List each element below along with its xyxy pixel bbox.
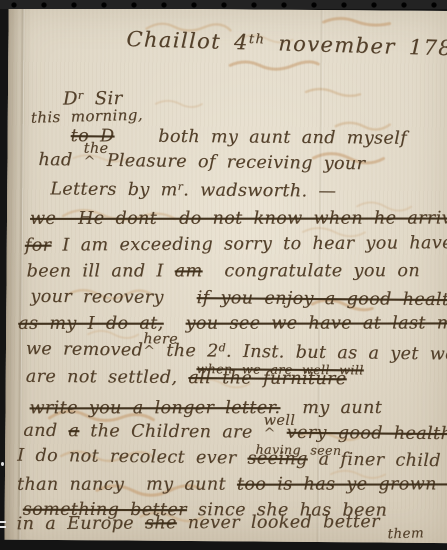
manuscript-line: been ill and I am congratulate you on [27, 261, 420, 281]
caret-insertion: ^here [143, 341, 155, 361]
manuscript-line: are not settled, when we are well willal… [26, 367, 347, 390]
struck-text: very good health [287, 423, 447, 444]
text-segment: never looked better [177, 512, 380, 533]
struck-text: too is has ye grown bette [237, 474, 447, 494]
text-segment: this morning, [31, 106, 144, 127]
struck-text: write you a longer letter. [30, 398, 281, 418]
inserted-word: well [264, 413, 296, 429]
struck-text: if you enjoy a good health [197, 288, 447, 310]
manuscript-line: and a the Children are ^well very good h… [23, 421, 447, 444]
interlinear-word: when we are well will [196, 362, 363, 378]
text-segment: had [38, 150, 83, 171]
text-segment: my aunt [280, 398, 382, 418]
manuscript-line: we He dont do not know when he arrived — [30, 208, 447, 228]
text-segment: Letters by m [50, 179, 178, 200]
letter-paper: Chaillot 4th november 1783 Dr Sir them t… [4, 8, 447, 543]
catchword: them [387, 525, 424, 542]
text-segment: Pleasure of receiving your [96, 151, 366, 175]
struck-text: as my I do at, [18, 314, 163, 334]
text-segment: and [23, 421, 68, 441]
manuscript-line: we removed^here the 2d. Inst. but as a y… [26, 339, 447, 365]
film-edge-equals-mark [0, 521, 6, 530]
photo-frame: Chaillot 4th november 1783 Dr Sir them t… [0, 0, 447, 550]
struck-text: she [145, 513, 177, 533]
dateline-ordinal: th [249, 32, 266, 47]
interlinear-word: having seen [255, 442, 341, 458]
interlinear-edit: having seenseeing [247, 449, 307, 470]
manuscript-line: as my I do at, you see we have at last m… [18, 313, 447, 333]
text-segment: both my aunt and myself [114, 126, 407, 148]
text-segment: congratulate you on [202, 261, 420, 281]
manuscript-line: your recovery if you enjoy a good health [30, 287, 447, 310]
struck-text: a [68, 421, 79, 441]
manuscript-line: Letters by mr. wadsworth. — [50, 179, 336, 202]
manuscript-line: than nancy my aunt too is has ye grown b… [17, 474, 447, 494]
manuscript-line: for I am exceeding sorry to hear you hav… [25, 233, 447, 256]
caret-insertion: ^the [83, 151, 95, 171]
film-sprocket-strip [0, 0, 447, 9]
manuscript-line: write you a longer letter. my aunt [30, 398, 383, 418]
interlinear-edit: when we are well willall the furniture [188, 368, 346, 389]
inserted-word: the [84, 141, 109, 157]
inserted-word: here [143, 331, 178, 347]
text-segment: we removed [26, 339, 143, 361]
struck-text: you see we have at last moved [186, 313, 447, 333]
dateline: Chaillot 4th november 1783 [126, 27, 447, 61]
struck-text: we He dont do not know when he arrived — [30, 208, 447, 228]
dateline-place: Chaillot 4 [126, 27, 249, 55]
manuscript-line: to D both my aunt and myself [71, 126, 408, 149]
text-segment: are not settled, [26, 367, 189, 388]
text-segment: been ill and I [27, 261, 175, 281]
manuscript-line: this morning, [31, 106, 144, 127]
manuscript-line: in a Europe she never looked better [17, 512, 380, 534]
text-segment: the Children are [79, 421, 263, 442]
manuscript-text: Chaillot 4th november 1783 Dr Sir them t… [4, 8, 447, 543]
manuscript-line: had ^the Pleasure of receiving your [38, 150, 365, 174]
manuscript-line: I do not recolect ever having seenseeing… [17, 446, 441, 472]
text-segment: I do not recolect ever [17, 446, 248, 469]
film-edge-dot-mark [1, 462, 4, 466]
struck-text: for [25, 236, 52, 256]
caret-insertion: ^well [264, 423, 276, 443]
text-segment: than nancy my aunt [17, 475, 237, 495]
text-segment: . wadsworth. — [183, 180, 336, 201]
text-segment: I am exceeding sorry to hear you have [51, 233, 447, 255]
text-segment: in a Europe [17, 513, 145, 534]
text-segment: your recovery [30, 287, 196, 308]
dateline-rest: november 1783 [265, 31, 447, 61]
struck-text: am [175, 261, 203, 281]
